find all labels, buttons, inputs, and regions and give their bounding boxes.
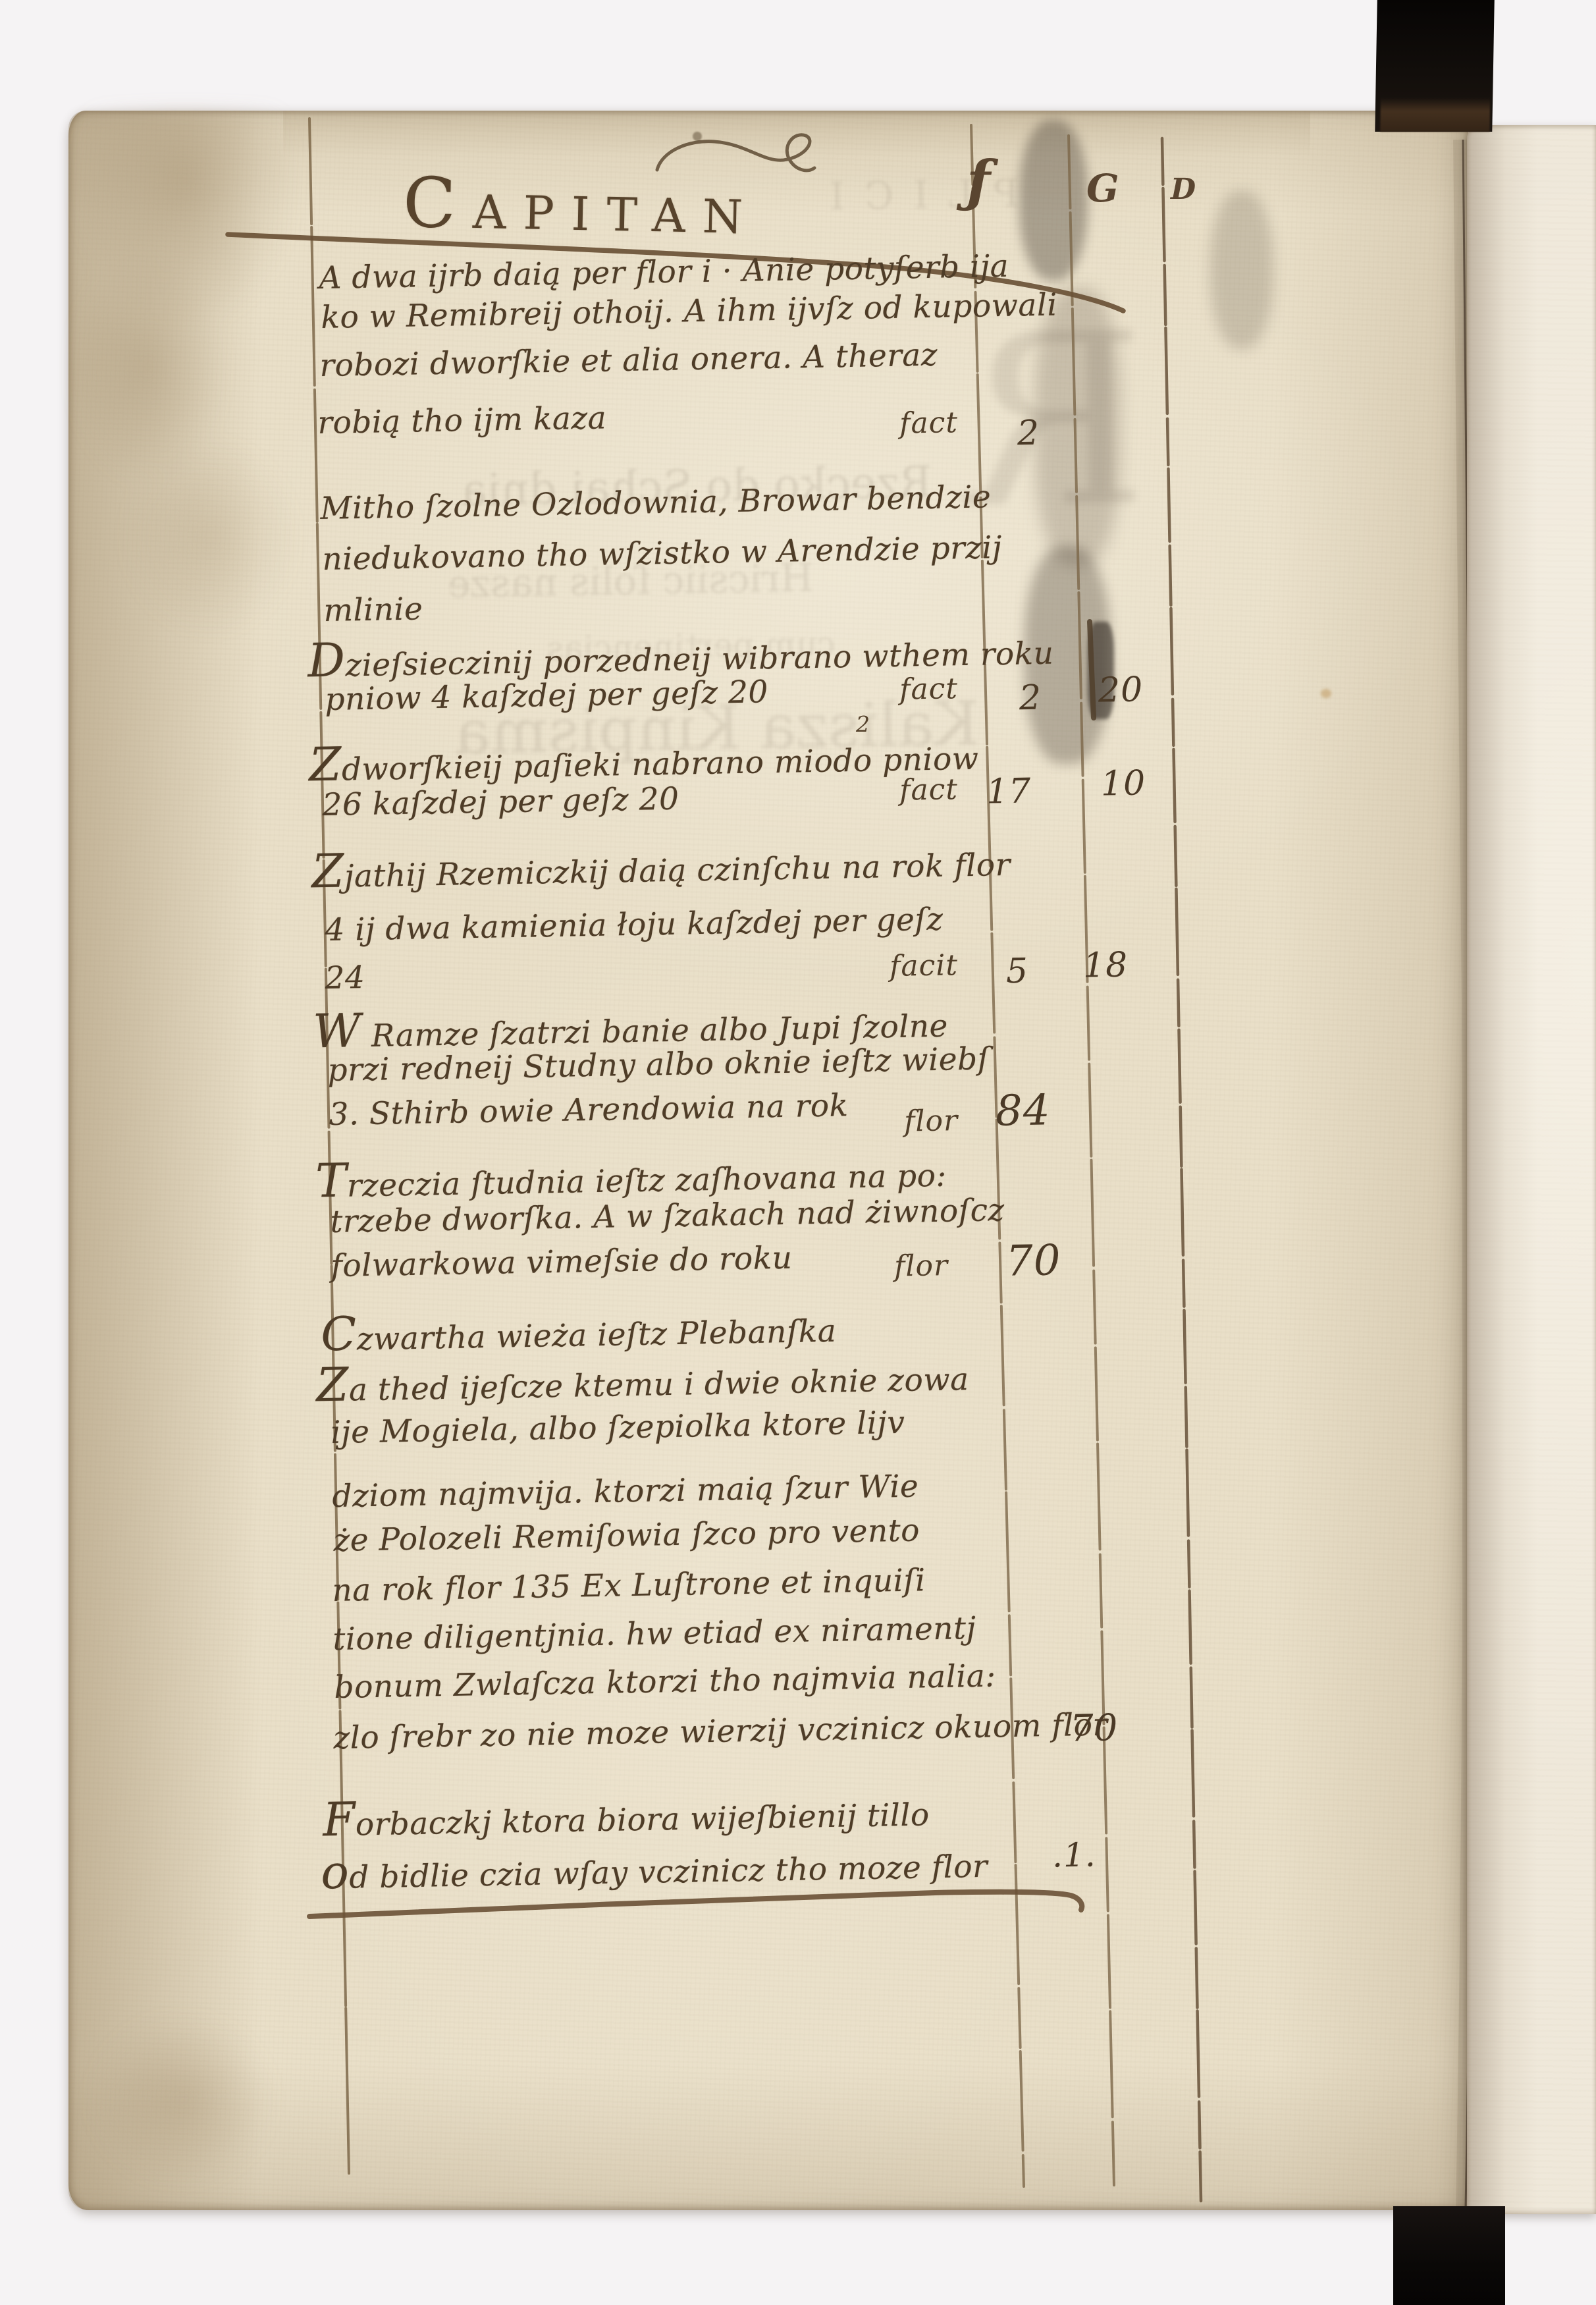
value-grossus: 10 xyxy=(1100,763,1146,803)
column-header-denars: D xyxy=(1171,173,1196,206)
column-header-grossus: G xyxy=(1086,166,1119,211)
value-grossus: 20 xyxy=(1098,670,1143,710)
value-florins: 70 xyxy=(1069,1706,1118,1750)
unit-label: flor xyxy=(807,1249,949,1285)
unit-label: fact xyxy=(816,672,959,708)
entry-line: 26 kaſzdej per geſz 20 xyxy=(322,781,679,823)
value-florins: 17 xyxy=(986,771,1031,811)
page-title: CAPITAN xyxy=(402,163,761,250)
ribbon-frayed-end xyxy=(1380,97,1490,132)
unit-label: fact xyxy=(816,406,959,442)
entry-line: 24 xyxy=(325,960,365,996)
bookmark-ribbon-top xyxy=(1375,0,1494,132)
entry-line: Za thed ijeſcze ktemu i dwie oknie zowa xyxy=(332,1347,970,1412)
unit-label: fact xyxy=(816,773,959,809)
entry-line: robią tho ijm kaza xyxy=(317,400,607,441)
value-grossus: 18 xyxy=(1082,945,1128,985)
value-florins: 70 xyxy=(1005,1236,1061,1286)
column-header-florins: ƒ xyxy=(967,148,990,213)
value-florins: 2 xyxy=(1019,678,1042,719)
entry-line: mlinie xyxy=(323,591,423,629)
facing-page-edge xyxy=(1467,125,1596,2214)
value-florins: 2 xyxy=(1017,414,1040,454)
scanned-manuscript: PLICI R Rzecko do Schai dnia Hricsiic ſo… xyxy=(0,0,1596,2305)
unit-label: flor xyxy=(816,1104,959,1140)
value-florins: .1. xyxy=(1051,1835,1096,1874)
value-florins: 5 xyxy=(1005,952,1028,992)
unit-label: facit xyxy=(816,948,959,985)
entry-line: pniow 4 kaſzdej per geſz 20 xyxy=(325,674,768,718)
bookmark-ribbon-bottom xyxy=(1393,2206,1505,2305)
value-florins: 84 xyxy=(995,1086,1051,1135)
entry-line: od bidlie czia wſay vczinicz tho moze fl… xyxy=(336,1834,988,1899)
